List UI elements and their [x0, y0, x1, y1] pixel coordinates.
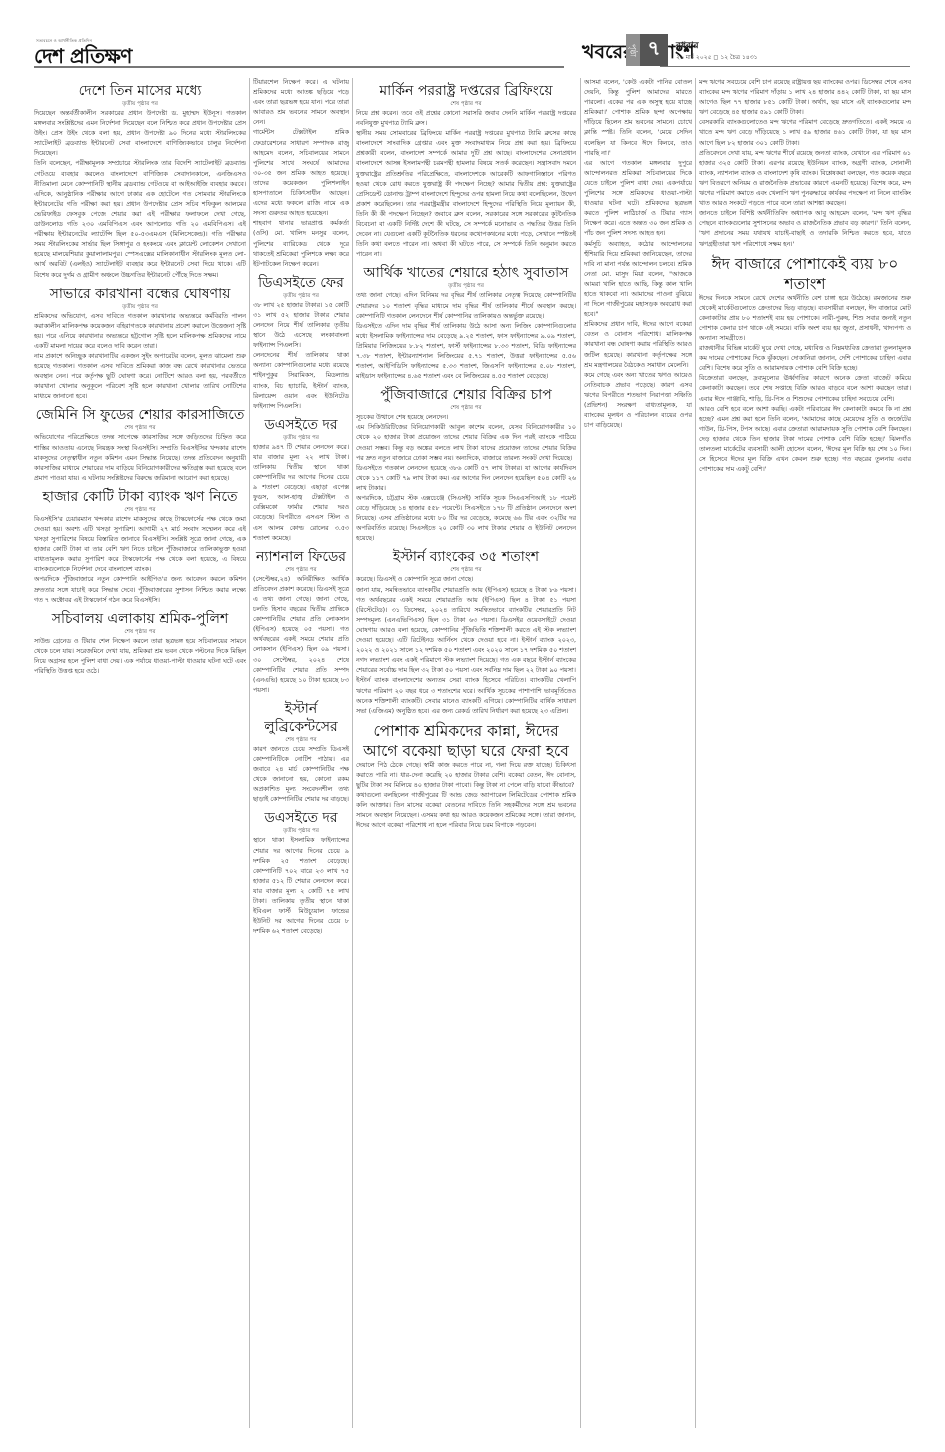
continuation-label: তৃতীয় পৃষ্ঠার পর: [253, 292, 349, 300]
story-bank-loan: হাজার কোটি টাকা ব্যাংক ঋণ নিতে শেষ পৃষ্ঠ…: [34, 488, 246, 606]
column-divider: [352, 78, 353, 1428]
headline: সাভারে কারখানা বন্ধের ঘোষণায়: [34, 285, 246, 303]
paragraph: নাম প্রকাশে অনিচ্ছুক কারখানাটির একজন সুই…: [34, 352, 246, 402]
masthead: সত্যবচনে ও আর্থনীতিক প্রতিদিন দেশ প্রতিক…: [0, 0, 945, 70]
column-divider: [695, 78, 696, 1428]
headline: ন্যাশনাল ফিডের: [253, 548, 349, 566]
paragraph: নিয়ে প্রশ্ন করেন। তবে ওই প্রশ্নের কোনো …: [356, 109, 576, 129]
paragraph: অভিযোগের পরিপ্রেক্ষিতে তদন্ত সাপেক্ষে কা…: [34, 433, 246, 483]
continuation-label: তৃতীয় পৃষ্ঠার পর: [34, 303, 246, 311]
paragraph: অপরদিকে, চট্টগ্রাম স্টক এক্সচেঞ্জে (সিএস…: [356, 494, 576, 544]
continuation-label: শেষ পৃষ্ঠার পর: [34, 424, 246, 432]
paragraph: ডিএসইতে এদিন দাম বৃদ্ধির শীর্ষ তালিকায় …: [356, 322, 576, 383]
column-divider: [580, 78, 581, 1428]
paragraph: স্থানীয় সময় সোমবারের ব্রিফিংয়ে মার্কি…: [356, 129, 576, 260]
page-number: ৭: [640, 34, 668, 66]
column-right-narrow: আসমা বলেন, 'কেউ একটা পানির বোতল দেয়নি, …: [584, 78, 692, 1428]
paragraph: টিয়ারশেল নিক্ষেপ করে। এ ঘটনায় শ্রমিকদে…: [253, 78, 349, 128]
paragraph: সূচকের উত্থানে শেষ হয়েছে লেনদেন।: [356, 413, 576, 423]
story-savar-factory: সাভারে কারখানা বন্ধের ঘোষণায় তৃতীয় পৃষ…: [34, 285, 246, 403]
date-day: বুধবার: [676, 38, 699, 53]
header-rule-right: [660, 66, 910, 67]
paragraph: প্রতিবেদনে দেখা যায়, মন্দ ঋণের শীর্ষে র…: [699, 149, 911, 210]
story-starlink: দেশে তিন মাসের মধ্যে তৃতীয় পৃষ্ঠার পর দ…: [34, 82, 246, 281]
paragraph: তথ্য জানা গেছে। এদিন বিনিময় দর বৃদ্ধির …: [356, 291, 576, 321]
paragraph: মন্দ ঋণের সবচেয়ে বেশি চাপ রয়েছে রাষ্ট্…: [699, 78, 911, 118]
story-dse-price-2: ডএসইতে দর তৃতীয় পৃষ্ঠার পর স্থানে থাকা …: [253, 809, 349, 937]
headline: জেমিনি সি ফুডের শেয়ার কারসাজিতে: [34, 406, 246, 424]
headline: ইস্টার্ন ব্যাংকের ৩৫ শতাংশ: [356, 548, 576, 566]
headline: ডএসইতে দর: [253, 416, 349, 434]
paragraph: ৩৮ লাখ ২৫ হাজার টাকার। ১৫ কোটি ৩১ লাখ ৫২…: [253, 301, 349, 351]
continuation-label: তৃতীয় পৃষ্ঠার পর: [253, 827, 349, 835]
headline: ঈদ বাজারে পোশাকেই ব্যয় ৮০ শতাংশ: [699, 254, 911, 294]
paragraph: কর্মসূচি অব্যাহত, কঠোর আন্দোলনের হুঁশিয়…: [584, 240, 692, 321]
paragraph: সাউন্ড গ্রেনেড ও টিয়ার শেল নিক্ষেপ করলে…: [34, 637, 246, 677]
paragraph: করেছে। ডিএসই ও কোম্পানি সূত্রে জানা গেছে…: [356, 575, 576, 585]
page-label: পৃষ্ঠা: [626, 34, 640, 66]
story-garment-workers: পোশাক শ্রমিকদের কান্না, ঈদের আগে বকেয়া …: [356, 721, 576, 832]
headline: মার্কিন পররাষ্ট্র দপ্তরের ব্রিফিংয়ে: [356, 82, 576, 100]
headline: দেশে তিন মাসের মধ্যে: [34, 82, 246, 100]
paragraph: ডিএসইতে গতকাল লেনদেন হয়েছে ৩৮৬ কোটি ৫৭ …: [356, 464, 576, 494]
column-right: মন্দ ঋণের সবচেয়ে বেশি চাপ রয়েছে রাষ্ট্…: [699, 78, 911, 1428]
story-secretariat-clash: সচিবালয় এলাকায় শ্রমিক-পুলিশ শেষ পৃষ্ঠা…: [34, 610, 246, 677]
paragraph: অপরদিকে পুঁজিবাজারে নতুন কোম্পানি আইপিও'…: [34, 575, 246, 605]
continuation-label: শেষ পৃষ্ঠার পর: [34, 628, 246, 636]
paragraph: বিএসইসি'র চেয়ারম্যান খন্দকার রাশেদ মাকস…: [34, 515, 246, 576]
story-eid-market: ঈদ বাজারে পোশাকেই ব্যয় ৮০ শতাংশ ঈদের দি…: [699, 254, 911, 476]
paragraph: জানতে চাইলে বিশিষ্ট অর্থনীতিবিদ অধ্যাপক …: [699, 209, 911, 249]
story-secretariat-cont: টিয়ারশেল নিক্ষেপ করে। এ ঘটনায় শ্রমিকদে…: [253, 78, 349, 270]
continuation-label: তৃতীয় পৃষ্ঠার পর: [253, 434, 349, 442]
paragraph: রাজধানীর বিভিন্ন মার্কেট ঘুরে দেখা গেছে,…: [699, 344, 911, 374]
story-market-selling: পুঁজিবাজারে শেয়ার বিক্রির চাপ শেষ পৃষ্ঠ…: [356, 386, 576, 544]
story-eastern-lubricants: ইস্টার্ন লুব্রিকেন্টসের শেষ পৃষ্ঠার পর ক…: [253, 700, 349, 806]
continuation-label: তৃতীয় পৃষ্ঠার পর: [356, 282, 576, 290]
continuation-label: শেষ পৃষ্ঠার পর: [356, 566, 576, 574]
paragraph: বেসরকারি ব্যাংকগুলোতেও মন্দ ঋণের পরিমাণ …: [699, 118, 911, 148]
paragraph: এম সিকিউরিটিজের বিনিয়োগকারী আবুল কাশেম …: [356, 423, 576, 463]
paragraph: শ্রমিকদের অভিযোগ, এসব দাবিতে গতকাল কারখা…: [34, 312, 246, 352]
story-us-briefing: মার্কিন পররাষ্ট্র দপ্তরের ব্রিফিংয়ে শেষ…: [356, 82, 576, 260]
date-full: ২৬ মার্চ ২০২৫ ◻ ১২ চৈত্র ১৪৩১: [676, 52, 758, 63]
headline: ডিএসইতে ফের: [253, 274, 349, 292]
story-bad-loans: মন্দ ঋণের সবচেয়ে বেশি চাপ রয়েছে রাষ্ট্…: [699, 78, 911, 250]
headline: পোশাক শ্রমিকদের কান্না, ঈদের আগে বকেয়া …: [356, 721, 576, 761]
paragraph: লেনদেনের শীর্ষ তালিকায় থাকা অন্যান্য কো…: [253, 351, 349, 412]
column-center: মার্কিন পররাষ্ট্র দপ্তরের ব্রিফিংয়ে শেষ…: [356, 78, 576, 1428]
story-dse-again: ডিএসইতে ফের তৃতীয় পৃষ্ঠার পর ৩৮ লাখ ২৫ …: [253, 274, 349, 412]
story-financial-shares: আর্থিক খাতের শেয়ারে হঠাৎ সুবাতাস তৃতীয়…: [356, 264, 576, 382]
story-gemini-seafood: জেমিনি সি ফুডের শেয়ার কারসাজিতে শেষ পৃষ…: [34, 406, 246, 483]
paragraph: হাজার ৯৪৭ টি শেয়ার লেনদেন করে। যার বাজা…: [253, 443, 349, 544]
continuation-label: শেষ পৃষ্ঠার পর: [356, 100, 576, 108]
continuation-label: শেষ পৃষ্ঠার পর: [253, 736, 349, 744]
story-garment-cont: আসমা বলেন, 'কেউ একটা পানির বোতল দেয়নি, …: [584, 78, 692, 431]
paragraph: দিয়েছেন অন্তর্বর্তীকালীন সরকারের প্রধান…: [34, 109, 246, 159]
column-left: দেশে তিন মাসের মধ্যে তৃতীয় পৃষ্ঠার পর দ…: [34, 78, 246, 1428]
newspaper-logo: দেশ প্রতিক্ষণ: [34, 42, 132, 75]
paragraph: স্থানে থাকা ইসলামিক ফাইন্যান্সের শেয়ার …: [253, 836, 349, 937]
continuation-label: শেষ পৃষ্ঠার পর: [34, 506, 246, 514]
paragraph: কারণ জানতে চেয়ে সম্প্রতি ডিএসই কোম্পানি…: [253, 745, 349, 806]
story-national-feed: ন্যাশনাল ফিডের শেষ পৃষ্ঠার পর (সেপ্টেম্ব…: [253, 548, 349, 696]
headline: সচিবালয় এলাকায় শ্রমিক-পুলিশ: [34, 610, 246, 628]
paragraph: কমে গেছে এবং অন্য খাতের ঋণও আয়েও নেতিবা…: [584, 371, 692, 432]
paragraph: আসমা বলেন, 'কেউ একটা পানির বোতল দেয়নি, …: [584, 78, 692, 159]
paragraph: আরও বেশি হবে বলে আশা করছি। একটা পরিবারের…: [699, 405, 911, 476]
header-rule-left: [34, 66, 564, 68]
continuation-label: তৃতীয় পৃষ্ঠার পর: [34, 100, 246, 108]
headline: হাজার কোটি টাকা ব্যাংক ঋণ নিতে: [34, 488, 246, 506]
headline: পুঁজিবাজারে শেয়ার বিক্রির চাপ: [356, 386, 576, 404]
continuation-label: শেষ পৃষ্ঠার পর: [356, 404, 576, 412]
column-divider: [249, 78, 250, 1428]
paragraph: শাহবাগ থানার ভারপ্রাপ্ত কর্মকর্তা (ওসি) …: [253, 219, 349, 269]
paragraph: ঈদের দিনকে সামনে রেখে দেশের অর্থনীতি বেশ…: [699, 294, 911, 344]
column-narrow: টিয়ারশেল নিক্ষেপ করে। এ ঘটনায় শ্রমিকদে…: [253, 78, 349, 1428]
paragraph: জানা যায়, সমন্বিতভাবে ব্যাংকটির শেয়ারপ…: [356, 586, 576, 677]
paragraph: তিনি বলেছেন, পরীক্ষামূলক সম্প্রচারে স্টা…: [34, 159, 246, 280]
story-dse-price: ডএসইতে দর তৃতীয় পৃষ্ঠার পর হাজার ৯৪৭ টি…: [253, 416, 349, 544]
paragraph: কথাগুলো বলছিলেন গাজীপুরের টি আন্ড জেড অ্…: [356, 791, 576, 831]
paragraph: দেয়ালে পিঠ ঠেকে গেছে। স্বামী কাজ করতে প…: [356, 761, 576, 791]
headline: আর্থিক খাতের শেয়ারে হঠাৎ সুবাতাস: [356, 264, 576, 282]
headline: ডএসইতে দর: [253, 809, 349, 827]
paragraph: শ্রমিকদের প্রধান দাবি, ঈদের আগে বকেয়া ব…: [584, 320, 692, 370]
continuation-label: শেষ পৃষ্ঠার পর: [253, 566, 349, 574]
paragraph: (সেপ্টেম্বর,২৪) অনিরীক্ষিত আর্থিক প্রতিব…: [253, 575, 349, 696]
story-eastern-bank: ইস্টার্ন ব্যাংকের ৩৫ শতাংশ শেষ পৃষ্ঠার প…: [356, 548, 576, 716]
paragraph: ইস্টার্ন ব্যাংক বাংলাদেশের অন্যতম সেরা ব…: [356, 676, 576, 716]
headline: ইস্টার্ন লুব্রিকেন্টসের: [253, 700, 349, 736]
paragraph: গার্মেন্টস টেক্সটাইল শ্রমিক ফেডারেশনের স…: [253, 128, 349, 219]
paragraph: এর আগে গতকাল মঙ্গলবার দুপুরে আন্দোলনরত শ…: [584, 159, 692, 240]
paragraph: বিক্রেতারা বলছেন, দ্রব্যমূল্যের ঊর্ধ্বগত…: [699, 374, 911, 404]
